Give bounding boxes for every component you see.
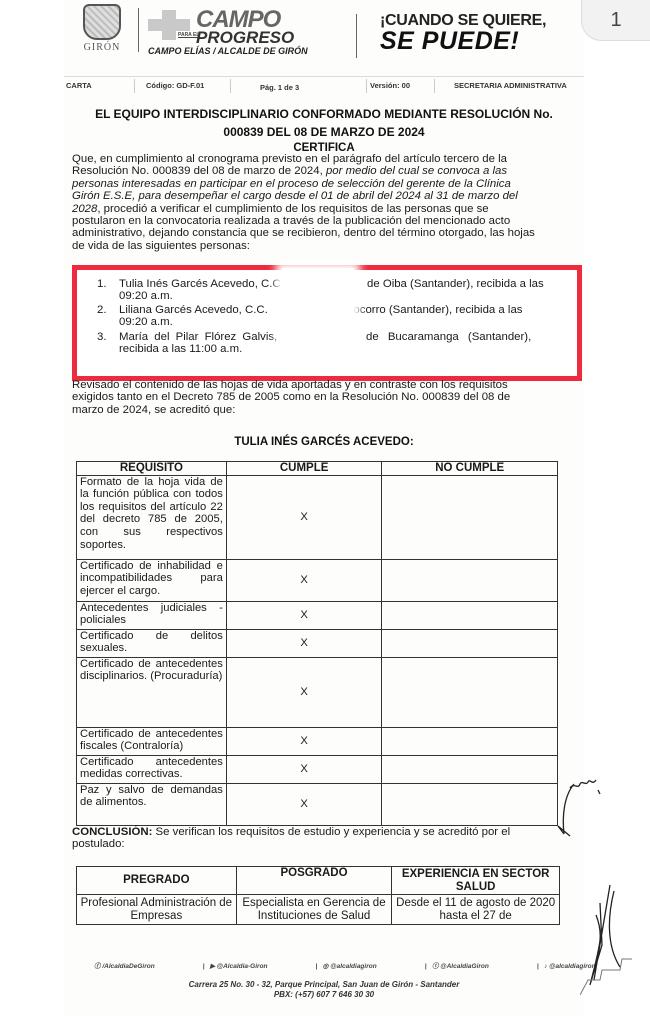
intro-line: Resolución No. 000839 del 08 de marzo de… (72, 165, 578, 177)
col-header-pregrado: PREGRADO (77, 867, 237, 895)
cell-experiencia: Desde el 11 de agosto de 2020 hasta el 2… (392, 895, 560, 925)
conclusion-text2: postulado: (72, 838, 578, 850)
applicant-number: 3. (97, 331, 107, 343)
applicant-number: 1. (97, 278, 107, 290)
table-row: Formato de la hoja vida de la función pú… (77, 475, 558, 559)
intro-line: Que, en cumplimiento al cronograma previ… (72, 153, 578, 165)
cell-requisito: Certificado de antecedentes disciplinari… (77, 657, 227, 727)
divider (356, 14, 357, 58)
applicant-time: recibida a las 11:00 a.m. (119, 343, 242, 355)
applicant-name: Liliana Garcés Acevedo, C.C. (119, 304, 268, 316)
cell-requisito: Certificado antecedentes medidas correct… (77, 755, 227, 783)
applicant-number: 2. (97, 304, 107, 316)
cell-no-cumple (382, 727, 558, 755)
table-row: Certificado de antecedentes fiscales (Co… (77, 727, 558, 755)
applicant-origin: de Bucaramanga (Santander), (366, 331, 531, 343)
intro-line: de vida de las siguientes personas: (72, 240, 578, 252)
table-row: Certificado antecedentes medidas correct… (77, 755, 558, 783)
candidate-heading: TULIA INÉS GARCÉS ACEVEDO: (64, 436, 584, 448)
footer-address: Carrera 25 No. 30 - 32, Parque Principal… (64, 980, 584, 1000)
giron-crest-logo: GIRÓN (80, 4, 124, 52)
crest-label: GIRÓN (80, 42, 124, 53)
cell-cumple: X (226, 727, 382, 755)
campaign-sub: CAMPO ELÍAS / ALCALDE DE GIRÓN (148, 46, 308, 56)
col-header-no-cumple: NO CUMPLE (382, 462, 558, 476)
cell-requisito: Paz y salvo de demandas de alimentos. (77, 783, 227, 825)
review-paragraph: Revisado el contenido de las hojas de vi… (72, 379, 578, 416)
table-row: Certificado de delitos sexuales.X (77, 629, 558, 657)
address-line: Carrera 25 No. 30 - 32, Parque Principal… (64, 980, 584, 990)
youtube-handle: ▶ @Alcaldia-Giron (210, 963, 292, 970)
col-header-cumple: CUMPLE (226, 462, 382, 476)
cell-requisito: Formato de la hoja vida de la función pú… (77, 475, 227, 559)
footer-social-links: ⓕ /AlcaldiaDeGiron| ▶ @Alcaldia-Giron| ◎… (94, 961, 564, 970)
review-line: exigidos tanto en el Decreto 785 de 2005… (72, 391, 578, 403)
cell-no-cumple (382, 475, 558, 559)
col-header-posgrado: POSGRADO (236, 867, 392, 895)
document-title-line1: EL EQUIPO INTERDISCIPLINARIO CONFORMADO … (64, 107, 584, 121)
review-line: marzo de 2024, se acreditó que: (72, 404, 578, 416)
applicant-time: 09:20 a.m. (119, 316, 173, 328)
cell-posgrado: Especialista en Gerencia de Institucione… (236, 895, 392, 925)
cell-requisito: Certificado de delitos sexuales. (77, 629, 227, 657)
cell-no-cumple (382, 657, 558, 727)
conclusion-table: PREGRADO POSGRADO EXPERIENCIA EN SECTOR … (76, 866, 560, 925)
campaign-logo: CAMPO PARA EL PROGRESO CAMPO ELÍAS / ALC… (148, 6, 324, 56)
initials-signature (556, 776, 606, 846)
divider (138, 8, 139, 52)
document-title-line2: 000839 DEL 08 DE MARZO DE 2024 (64, 125, 584, 139)
cell-cumple: X (226, 601, 382, 629)
cell-requisito: Certificado de antecedentes fiscales (Co… (77, 727, 227, 755)
table-row: Certificado de inhabilidad e incompatibi… (77, 559, 558, 601)
page-number-indicator: 1 (581, 0, 650, 41)
cell-cumple: X (226, 755, 382, 783)
cell-cumple: X (226, 475, 382, 559)
document-page: GIRÓN CAMPO PARA EL PROGRESO CAMPO ELÍAS… (64, 0, 584, 1016)
intro-line: personas interesadas en participar en el… (72, 178, 578, 190)
cell-cumple: X (226, 783, 382, 825)
cell-no-cumple (382, 559, 558, 601)
twitter-handle: ⓣ @AlcaldiaGiron (432, 963, 513, 970)
intro-line: postularon en la convocatoria realizada … (72, 215, 578, 227)
meta-type: CARTA (66, 81, 92, 90)
instagram-handle: ◎ @alcaldiagiron (323, 963, 401, 970)
redacted-id-area (282, 268, 354, 358)
phone-line: PBX: (+57) 607 7 646 30 30 (64, 990, 584, 1000)
cell-no-cumple (382, 783, 558, 825)
cell-cumple: X (226, 559, 382, 601)
table-row: Antecedentes judiciales - policialesX (77, 601, 558, 629)
applicant-origin: de Oiba (Santander), recibida a las (367, 278, 544, 290)
meta-page: Pág. 1 de 3 (260, 83, 299, 92)
letterhead: GIRÓN CAMPO PARA EL PROGRESO CAMPO ELÍAS… (64, 0, 584, 62)
cell-no-cumple (382, 755, 558, 783)
table-row: Certificado de antecedentes disciplinari… (77, 657, 558, 727)
applicant-time: 09:20 a.m. (119, 290, 173, 302)
applicant-origin: de Socorro (Santander), recibida a las (330, 304, 522, 316)
table-row: Paz y salvo de demandas de alimentos.X (77, 783, 558, 825)
intro-line: Girón E.S.E, para desempeñar el cargo de… (72, 190, 578, 202)
col-header-experiencia: EXPERIENCIA EN SECTOR SALUD (392, 867, 560, 895)
campaign-line2: PROGRESO (196, 28, 294, 48)
meta-version: Versión: 00 (370, 81, 410, 90)
crest-shield-icon (83, 4, 121, 40)
signature (580, 885, 640, 995)
cell-no-cumple (382, 629, 558, 657)
conclusion-paragraph: CONCLUSIÓN: Se verifican los requisitos … (72, 826, 578, 851)
cell-cumple: X (226, 629, 382, 657)
review-line: Revisado el contenido de las hojas de vi… (72, 379, 578, 391)
meta-office: SECRETARIA ADMINISTRATIVA (454, 81, 567, 90)
applicant-name: Tulia Inés Garcés Acevedo, C.C (119, 278, 281, 290)
cell-cumple: X (226, 657, 382, 727)
intro-line: 2028, procedió a verificar el cumplimien… (72, 203, 578, 215)
cell-requisito: Certificado de inhabilidad e incompatibi… (77, 559, 227, 601)
applicant-name: María del Pilar Flórez Galvis, C.C. (119, 331, 306, 343)
table-row: Profesional Administración de Empresas E… (77, 895, 560, 925)
intro-paragraph: Que, en cumplimiento al cronograma previ… (72, 153, 578, 252)
facebook-handle: ⓕ /AlcaldiaDeGiron (94, 963, 179, 970)
conclusion-text: Se verifican los requisitos de estudio y… (152, 826, 510, 838)
applicants-highlight-box: 1. Tulia Inés Garcés Acevedo, C.C de Oib… (72, 265, 582, 381)
col-header-requisito: REQUISITO (77, 462, 227, 476)
slogan: ¡CUANDO SE QUIERE, SE PUEDE! (380, 12, 580, 52)
requirements-table: REQUISITO CUMPLE NO CUMPLE Formato de la… (76, 461, 558, 826)
document-meta-bar: CARTA Código: GD-F.01 Pág. 1 de 3 Versió… (64, 76, 584, 93)
conclusion-label: CONCLUSIÓN: (72, 826, 152, 838)
slogan-line2: SE PUEDE! (380, 30, 580, 52)
intro-line: administrativo, dejando constancia que s… (72, 227, 578, 239)
cell-requisito: Antecedentes judiciales - policiales (77, 601, 227, 629)
meta-code: Código: GD-F.01 (146, 81, 204, 90)
cell-pregrado: Profesional Administración de Empresas (77, 895, 237, 925)
cell-no-cumple (382, 601, 558, 629)
